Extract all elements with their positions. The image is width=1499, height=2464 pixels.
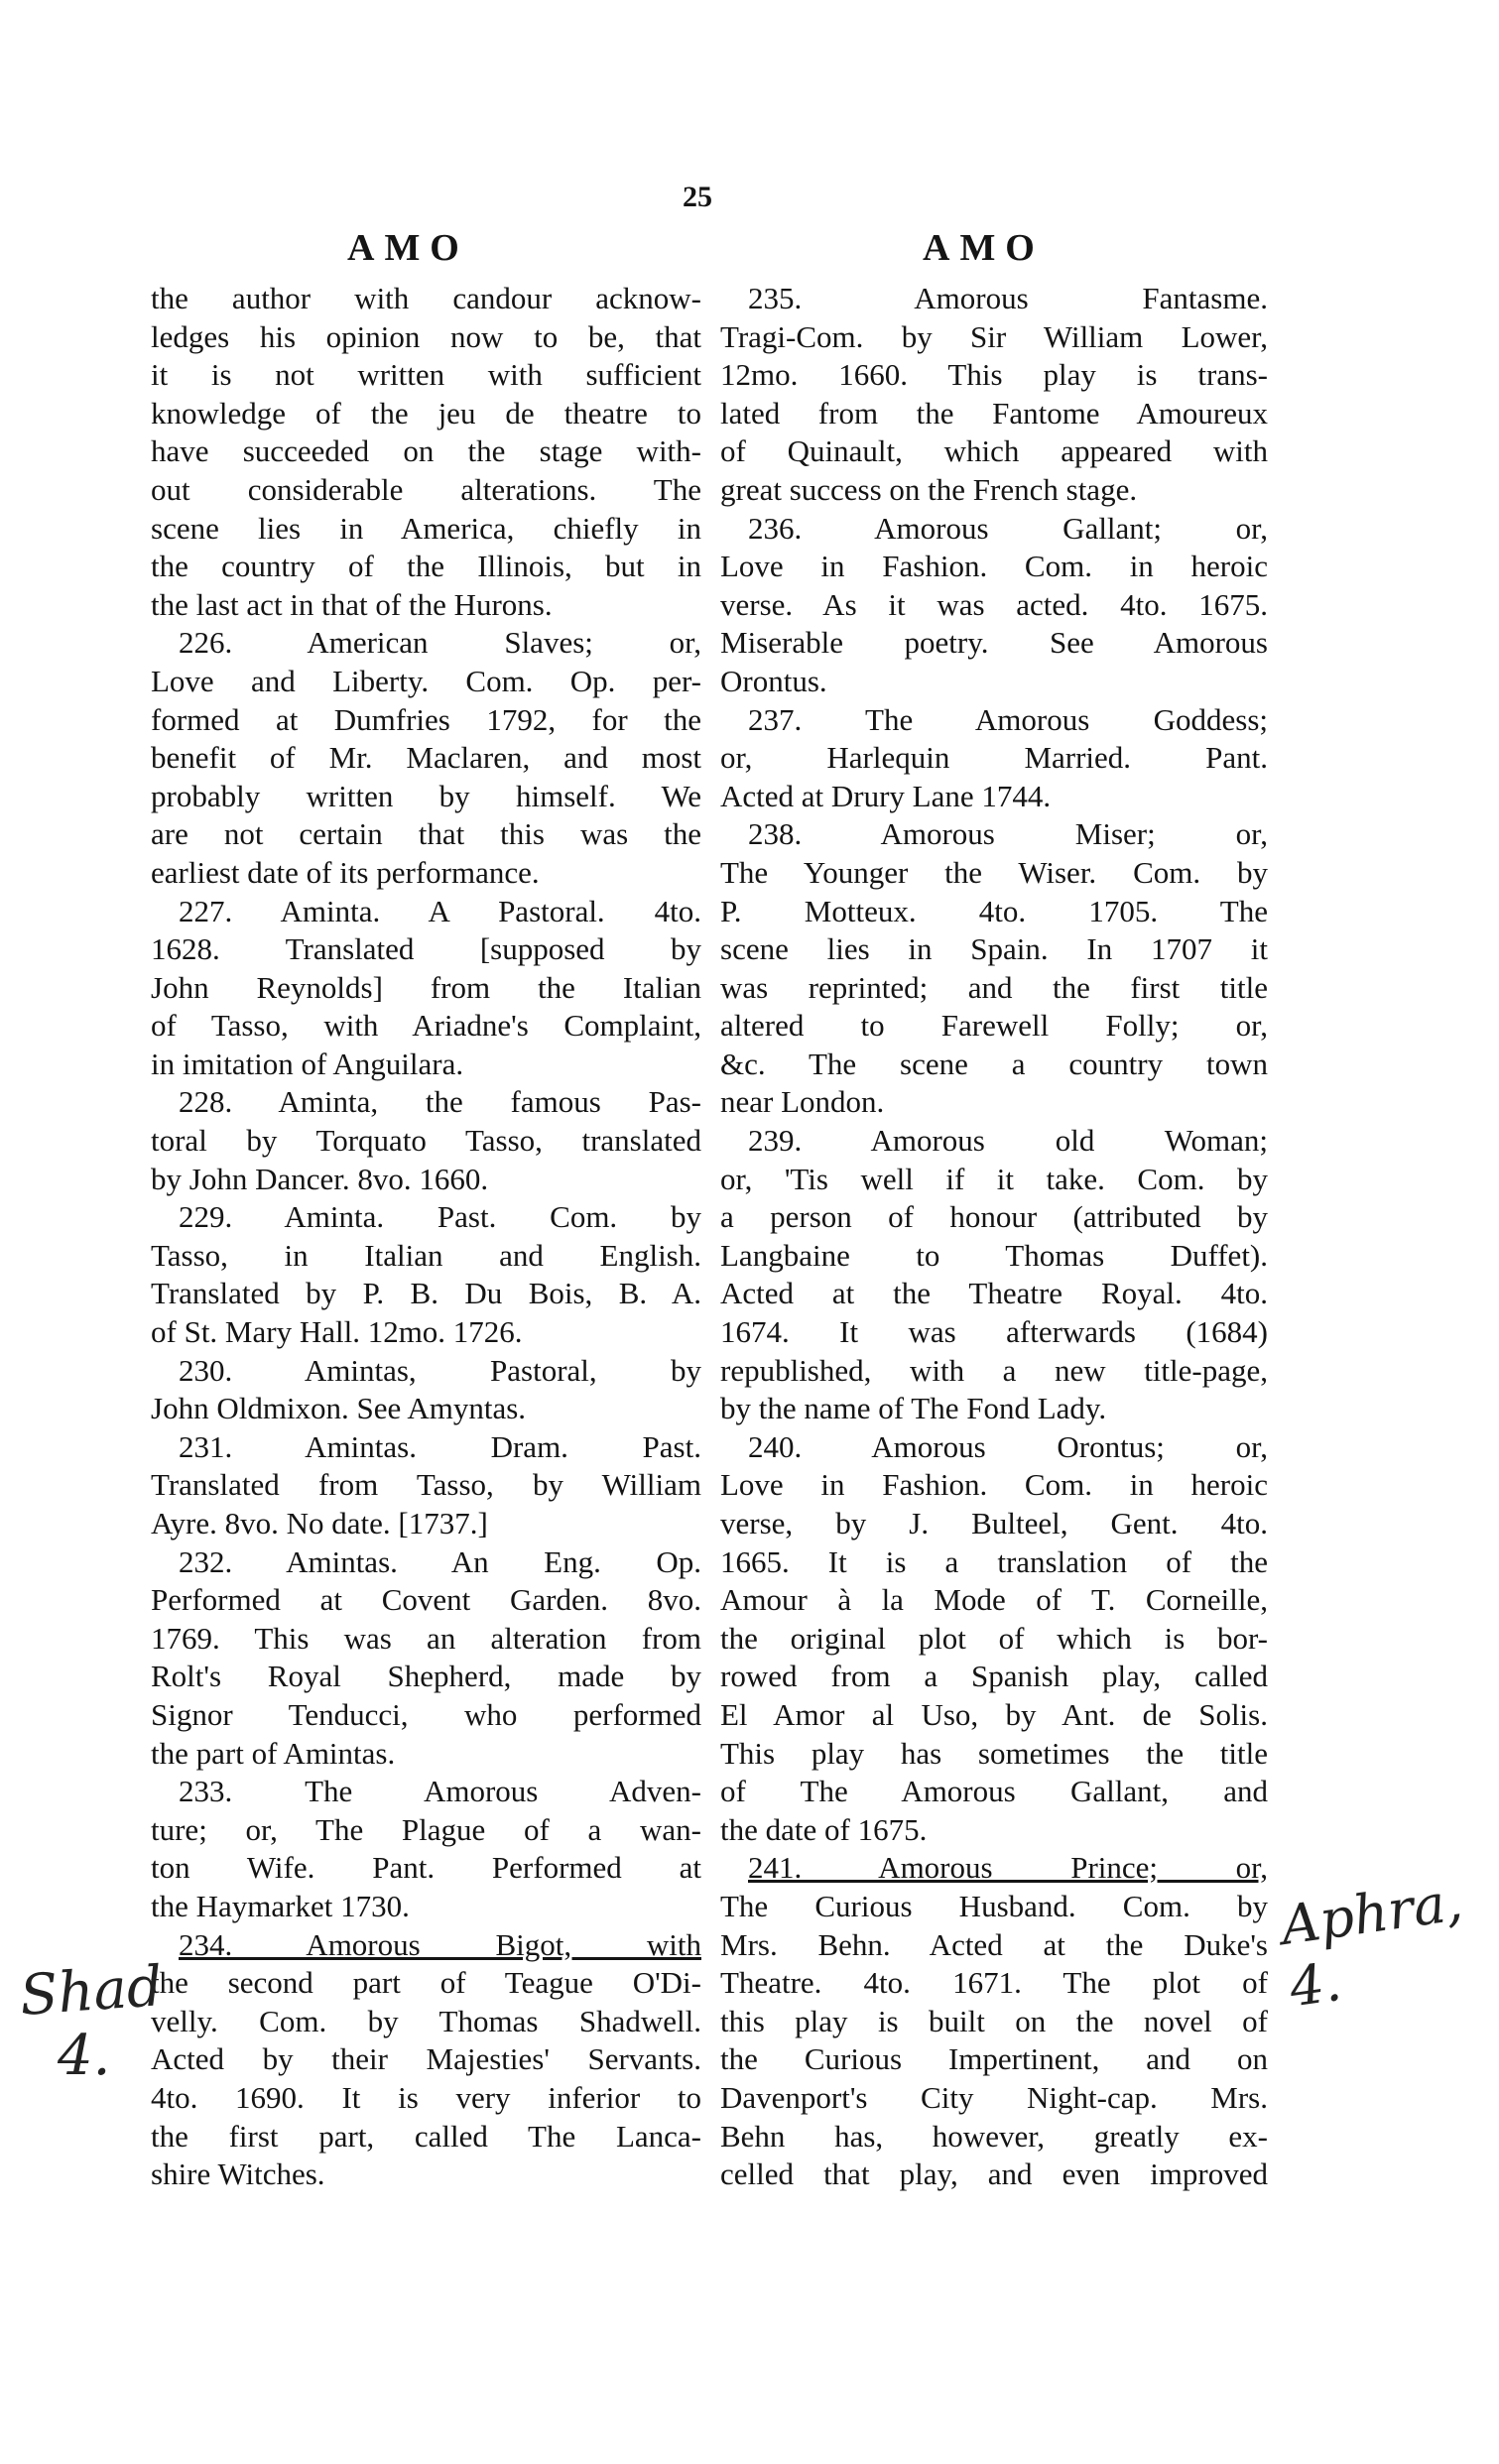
- text-line: verse, by J. Bulteel, Gent. 4to.: [720, 1505, 1268, 1543]
- text-line: the country of the Illinois, but in: [151, 548, 701, 586]
- text-line: ture; or, The Plague of a wan-: [151, 1811, 701, 1850]
- text-line: The Younger the Wiser. Com. by: [720, 854, 1268, 893]
- text-line: the original plot of which is bor-: [720, 1620, 1268, 1659]
- text-line: near London.: [720, 1083, 1268, 1122]
- text-line: or, 'Tis well if it take. Com. by: [720, 1161, 1268, 1199]
- text-line: The Curious Husband. Com. by: [720, 1888, 1268, 1926]
- text-line: John Reynolds] from the Italian: [151, 969, 701, 1008]
- text-line: Signor Tenducci, who performed: [151, 1696, 701, 1735]
- entry-226-heading: 226. American Slaves; or,: [151, 624, 701, 663]
- entry-239-heading: 239. Amorous old Woman;: [720, 1122, 1268, 1161]
- left-column-header: AMO: [347, 226, 469, 270]
- text-line: 1665. It is a translation of the: [720, 1543, 1268, 1582]
- entry-235-heading: 235. Amorous Fantasme.: [720, 280, 1268, 318]
- text-line: the last act in that of the Hurons.: [151, 586, 701, 625]
- handwritten-annotation-4: 4.: [58, 2024, 110, 2088]
- text-line: celled that play, and even improved: [720, 2156, 1268, 2194]
- handwritten-annotation-shad: Shad: [18, 1954, 165, 2029]
- text-line: by the name of The Fond Lady.: [720, 1390, 1268, 1428]
- text-line: probably written by himself. We: [151, 778, 701, 816]
- text-line: earliest date of its performance.: [151, 854, 701, 893]
- text-line: the date of 1675.: [720, 1811, 1268, 1850]
- right-column: 235. Amorous Fantasme. Tragi-Com. by Sir…: [720, 280, 1268, 2194]
- text-line: in imitation of Anguilara.: [151, 1046, 701, 1084]
- right-column-header: AMO: [923, 226, 1045, 270]
- text-line: velly. Com. by Thomas Shadwell.: [151, 2003, 701, 2041]
- text-line: this play is built on the novel of: [720, 2003, 1268, 2041]
- text-line: great success on the French stage.: [720, 471, 1268, 510]
- entry-236-heading: 236. Amorous Gallant; or,: [720, 510, 1268, 549]
- left-column: the author with candour acknow- ledges h…: [151, 280, 701, 2194]
- text-line: Mrs. Behn. Acted at the Duke's: [720, 1926, 1268, 1965]
- text-line: scene lies in Spain. In 1707 it: [720, 930, 1268, 969]
- text-line: Orontus.: [720, 663, 1268, 701]
- text-line: or, Harlequin Married. Pant.: [720, 739, 1268, 778]
- entry-227-heading: 227. Aminta. A Pastoral. 4to.: [151, 893, 701, 931]
- text-line: This play has sometimes the title: [720, 1735, 1268, 1774]
- entry-238-heading: 238. Amorous Miser; or,: [720, 815, 1268, 854]
- entry-237-heading: 237. The Amorous Goddess;: [720, 701, 1268, 740]
- text-line: toral by Torquato Tasso, translated: [151, 1122, 701, 1161]
- text-line: P. Motteux. 4to. 1705. The: [720, 893, 1268, 931]
- text-line: Behn has, however, greatly ex-: [720, 2118, 1268, 2156]
- text-line: shire Witches.: [151, 2156, 701, 2194]
- text-line: a person of honour (attributed by: [720, 1198, 1268, 1237]
- text-line: are not certain that this was the: [151, 815, 701, 854]
- entry-234-heading: 234. Amorous Bigot, with: [151, 1926, 701, 1965]
- text-line: 12mo. 1660. This play is trans-: [720, 356, 1268, 395]
- text-line: John Oldmixon. See Amyntas.: [151, 1390, 701, 1428]
- text-line: Love in Fashion. Com. in heroic: [720, 1466, 1268, 1505]
- text-line: of The Amorous Gallant, and: [720, 1773, 1268, 1811]
- text-line: formed at Dumfries 1792, for the: [151, 701, 701, 740]
- text-line: benefit of Mr. Maclaren, and most: [151, 739, 701, 778]
- text-line: the first part, called The Lanca-: [151, 2118, 701, 2156]
- text-line: the part of Amintas.: [151, 1735, 701, 1774]
- text-line: altered to Farewell Folly; or,: [720, 1007, 1268, 1046]
- text-line: Miserable poetry. See Amorous: [720, 624, 1268, 663]
- entry-230-heading: 230. Amintas, Pastoral, by: [151, 1352, 701, 1391]
- text-line: Theatre. 4to. 1671. The plot of: [720, 1964, 1268, 2003]
- text-line: of Quinault, which appeared with: [720, 432, 1268, 471]
- text-line: by John Dancer. 8vo. 1660.: [151, 1161, 701, 1199]
- text-line: scene lies in America, chiefly in: [151, 510, 701, 549]
- entry-241-heading: 241. Amorous Prince; or,: [720, 1849, 1268, 1888]
- text-line: of St. Mary Hall. 12mo. 1726.: [151, 1313, 701, 1352]
- text-line: was reprinted; and the first title: [720, 969, 1268, 1008]
- text-line: Rolt's Royal Shepherd, made by: [151, 1658, 701, 1696]
- text-line: lated from the Fantome Amoureux: [720, 395, 1268, 433]
- text-line: of Tasso, with Ariadne's Complaint,: [151, 1007, 701, 1046]
- text-line: Acted at the Theatre Royal. 4to.: [720, 1275, 1268, 1313]
- text-line: knowledge of the jeu de theatre to: [151, 395, 701, 433]
- entry-233-heading: 233. The Amorous Adven-: [151, 1773, 701, 1811]
- text-line: have succeeded on the stage with-: [151, 432, 701, 471]
- entry-228-heading: 228. Aminta, the famous Pas-: [151, 1083, 701, 1122]
- text-line: 1769. This was an alteration from: [151, 1620, 701, 1659]
- text-line: Acted by their Majesties' Servants.: [151, 2040, 701, 2079]
- text-line: Tasso, in Italian and English.: [151, 1237, 701, 1276]
- handwritten-annotation-aphra: Aphra, 4.: [1277, 1866, 1499, 2020]
- text-line: Love in Fashion. Com. in heroic: [720, 548, 1268, 586]
- text-line: rowed from a Spanish play, called: [720, 1658, 1268, 1696]
- text-line: Translated from Tasso, by William: [151, 1466, 701, 1505]
- text-line: the Haymarket 1730.: [151, 1888, 701, 1926]
- text-line: the second part of Teague O'Di-: [151, 1964, 701, 2003]
- text-line: &c. The scene a country town: [720, 1046, 1268, 1084]
- entry-240-heading: 240. Amorous Orontus; or,: [720, 1428, 1268, 1467]
- text-line: El Amor al Uso, by Ant. de Solis.: [720, 1696, 1268, 1735]
- page-number: 25: [683, 181, 712, 214]
- text-line: republished, with a new title-page,: [720, 1352, 1268, 1391]
- text-line: out considerable alterations. The: [151, 471, 701, 510]
- text-line: Performed at Covent Garden. 8vo.: [151, 1581, 701, 1620]
- text-line: Translated by P. B. Du Bois, B. A.: [151, 1275, 701, 1313]
- text-line: Acted at Drury Lane 1744.: [720, 778, 1268, 816]
- text-line: 1674. It was afterwards (1684): [720, 1313, 1268, 1352]
- text-line: it is not written with sufficient: [151, 356, 701, 395]
- text-line: ledges his opinion now to be, that: [151, 318, 701, 357]
- text-line: Love and Liberty. Com. Op. per-: [151, 663, 701, 701]
- text-line: 1628. Translated [supposed by: [151, 930, 701, 969]
- entry-229-heading: 229. Aminta. Past. Com. by: [151, 1198, 701, 1237]
- text-line: Ayre. 8vo. No date. [1737.]: [151, 1505, 701, 1543]
- text-line: Davenport's City Night-cap. Mrs.: [720, 2079, 1268, 2118]
- text-line: ton Wife. Pant. Performed at: [151, 1849, 701, 1888]
- entry-231-heading: 231. Amintas. Dram. Past.: [151, 1428, 701, 1467]
- entry-232-heading: 232. Amintas. An Eng. Op.: [151, 1543, 701, 1582]
- text-line: the Curious Impertinent, and on: [720, 2040, 1268, 2079]
- text-line: 4to. 1690. It is very inferior to: [151, 2079, 701, 2118]
- text-line: Langbaine to Thomas Duffet).: [720, 1237, 1268, 1276]
- text-line: Amour à la Mode of T. Corneille,: [720, 1581, 1268, 1620]
- text-line: the author with candour acknow-: [151, 280, 701, 318]
- text-line: verse. As it was acted. 4to. 1675.: [720, 586, 1268, 625]
- text-line: Tragi-Com. by Sir William Lower,: [720, 318, 1268, 357]
